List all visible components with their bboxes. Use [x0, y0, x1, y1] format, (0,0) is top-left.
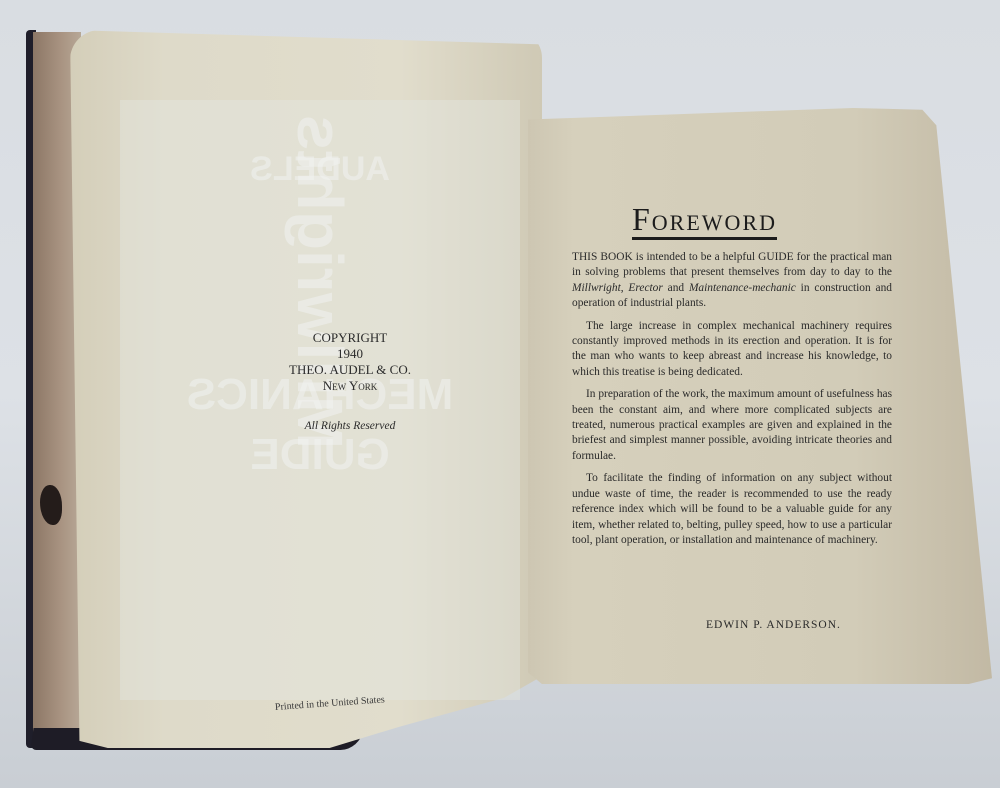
foreword-body: THIS BOOK is intended to be a helpful GU…: [572, 250, 892, 555]
p1-millwright: Millwright: [572, 282, 621, 294]
p1-lead: THIS BOOK is intended to be a helpful GU…: [572, 251, 892, 278]
cover-stain: [40, 485, 62, 525]
ghost-text-guide: GUIDE: [140, 430, 500, 480]
p1-mid: and: [663, 282, 689, 294]
foreword-initial: F: [632, 201, 652, 237]
publisher-city: New York: [255, 378, 445, 394]
foreword-heading: FOREWORD: [632, 205, 777, 240]
p1-maintenance-mechanic: Maintenance-mechanic: [689, 282, 796, 294]
foreword-paragraph-3: In preparation of the work, the maximum …: [572, 387, 892, 464]
publisher-name: THEO. AUDEL & CO.: [255, 362, 445, 378]
foreword-paragraph-2: The large increase in complex mechanical…: [572, 319, 892, 381]
copyright-block: COPYRIGHT 1940 THEO. AUDEL & CO. New Yor…: [255, 330, 445, 394]
foreword-paragraph-4: To facilitate the finding of information…: [572, 471, 892, 548]
p1-erector: Erector: [628, 282, 662, 294]
rights-reserved: All Rights Reserved: [255, 420, 445, 432]
foreword-heading-rest: OREWORD: [652, 210, 777, 235]
copyright-year: 1940: [255, 346, 445, 362]
foreword-paragraph-1: THIS BOOK is intended to be a helpful GU…: [572, 250, 892, 312]
author-signature: EDWIN P. ANDERSON.: [706, 619, 841, 631]
copyright-label: COPYRIGHT: [255, 330, 445, 346]
